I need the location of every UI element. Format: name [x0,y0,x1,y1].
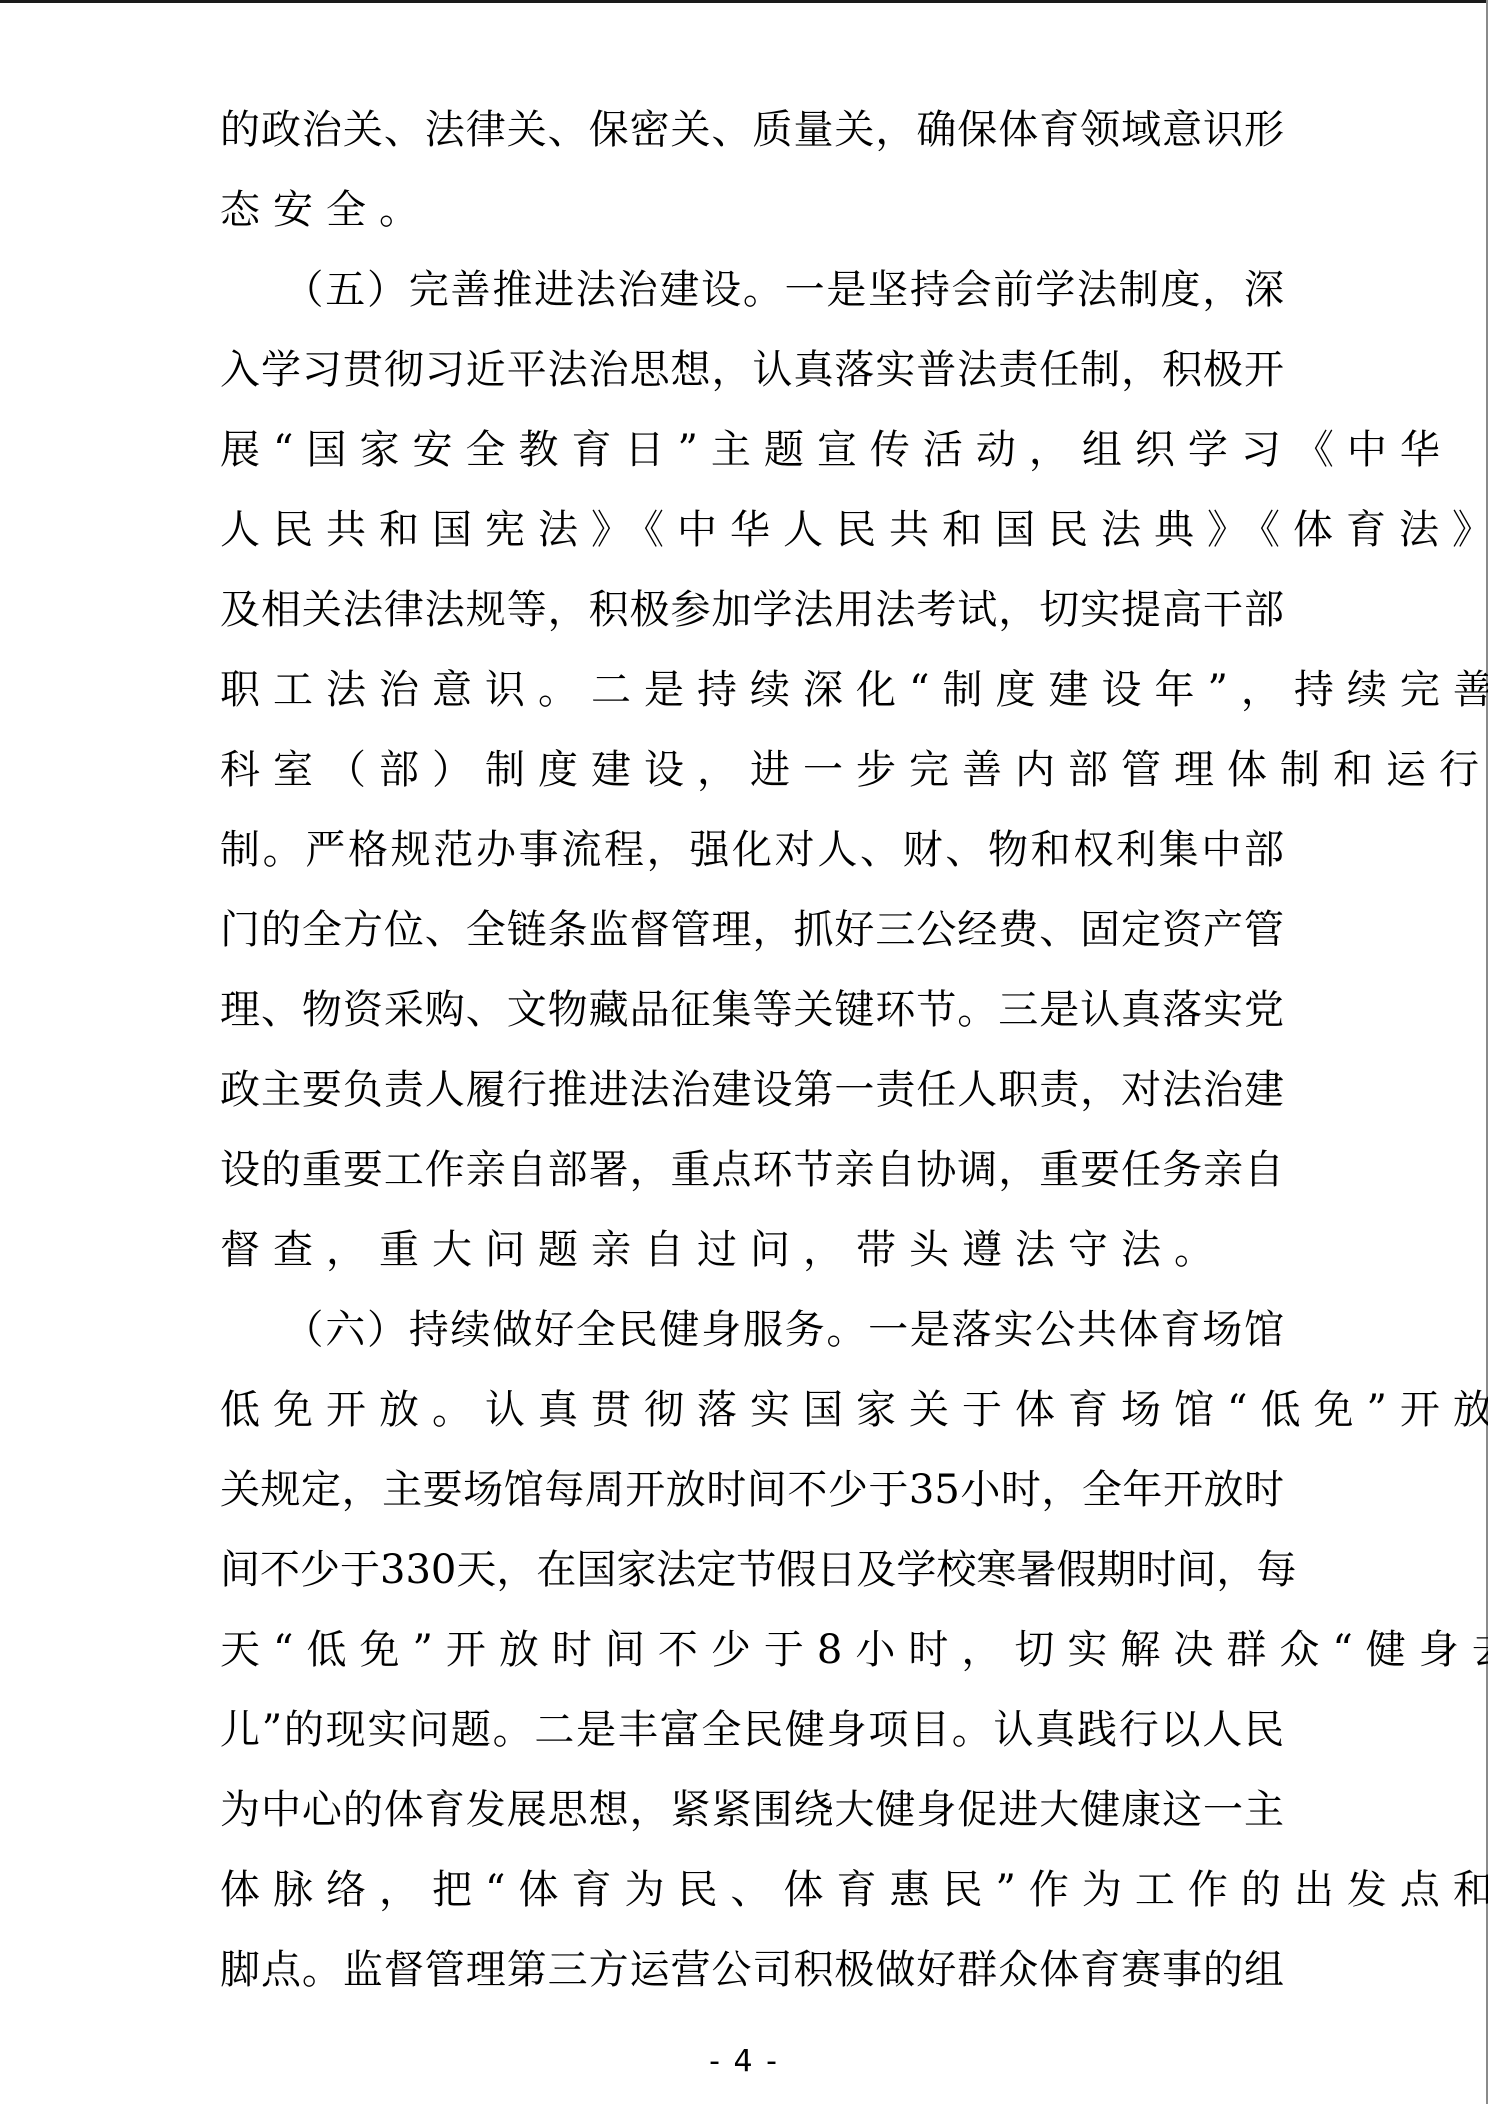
text-line: 天“低免”开放时间不少于8小时，切实解决群众“健身去哪 [220,1620,1284,1700]
text-line: 职工法治意识。二是持续深化“制度建设年”，持续完善各 [220,660,1284,740]
text-line: 设的重要工作亲自部署，重点环节亲自协调，重要任务亲自 [220,1140,1284,1220]
text-line: 间不少于330天，在国家法定节假日及学校寒暑假期时间，每 [220,1540,1284,1620]
text-line: 制。严格规范办事流程，强化对人、财、物和权利集中部 [220,820,1284,900]
text-line: 科室（部）制度建设，进一步完善内部管理体制和运行机 [220,740,1284,820]
body-text: 的政治关、法律关、保密关、质量关，确保体育领域意识形 态安全。 （五）完善推进法… [220,100,1284,2020]
text-line: 理、物资采购、文物藏品征集等关键环节。三是认真落实党 [220,980,1284,1060]
section-heading-line: （六）持续做好全民健身服务。一是落实公共体育场馆 [220,1300,1284,1380]
text-line: 人民共和国宪法》《中华人民共和国民法典》《体育法》 [220,500,1284,580]
text-line: 脚点。监督管理第三方运营公司积极做好群众体育赛事的组 [220,1940,1284,2020]
text-line: 门的全方位、全链条监督管理，抓好三公经费、固定资产管 [220,900,1284,980]
text-line: 体脉络，把“体育为民、体育惠民”作为工作的出发点和落 [220,1860,1284,1940]
text-line: 态安全。 [220,180,1284,260]
text-line: 督查，重大问题亲自过问，带头遵法守法。 [220,1220,1284,1300]
text-line: 政主要负责人履行推进法治建设第一责任人职责，对法治建 [220,1060,1284,1140]
page-number: - 4 - [0,2044,1488,2079]
text-line: 儿”的现实问题。二是丰富全民健身项目。认真践行以人民 [220,1700,1284,1780]
top-border [0,0,1488,3]
text-line: 展“国家安全教育日”主题宣传活动，组织学习《中华 [220,420,1284,500]
text-line: 的政治关、法律关、保密关、质量关，确保体育领域意识形 [220,100,1284,180]
text-line: 及相关法律法规等，积极参加学法用法考试，切实提高干部 [220,580,1284,660]
text-line: 入学习贯彻习近平法治思想，认真落实普法责任制，积极开 [220,340,1284,420]
section-heading-line: （五）完善推进法治建设。一是坚持会前学法制度，深 [220,260,1284,340]
text-line: 低免开放。认真贯彻落实国家关于体育场馆“低免”开放有 [220,1380,1284,1460]
document-page: 的政治关、法律关、保密关、质量关，确保体育领域意识形 态安全。 （五）完善推进法… [0,0,1488,2104]
text-line: 关规定，主要场馆每周开放时间不少于35小时，全年开放时 [220,1460,1284,1540]
text-line: 为中心的体育发展思想，紧紧围绕大健身促进大健康这一主 [220,1780,1284,1860]
